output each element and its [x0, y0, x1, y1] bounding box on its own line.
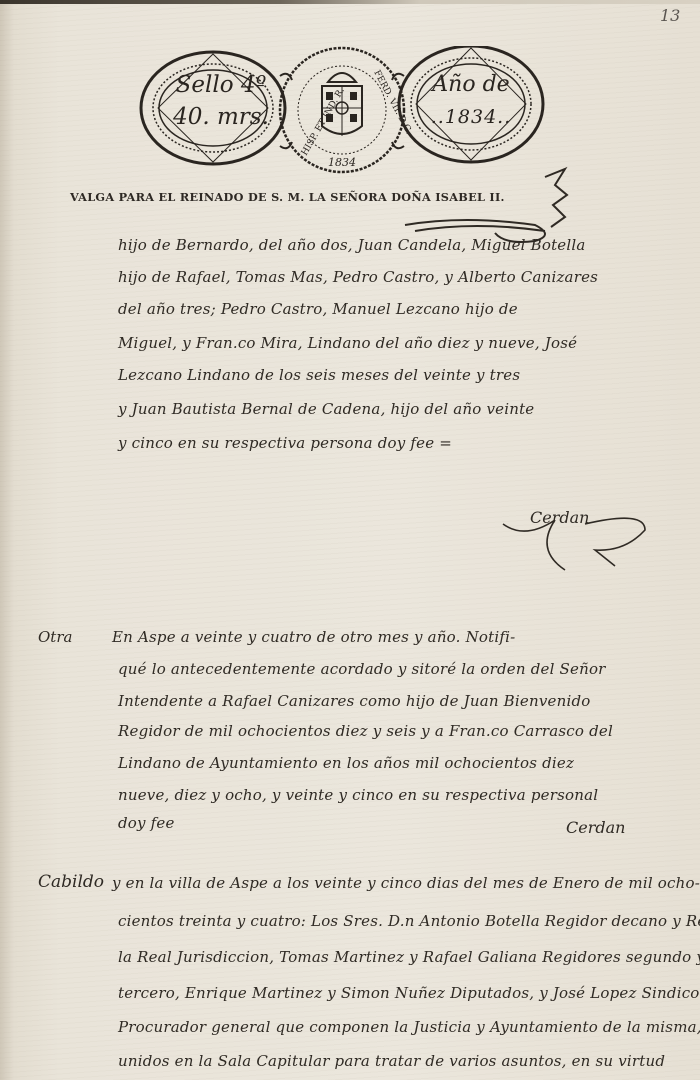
seal-left-line2: 40. mrs.: [166, 104, 276, 130]
margin-note-otra: Otra: [38, 628, 72, 646]
signature-2: Cerdan: [566, 818, 625, 837]
p2-line-7: doy fee: [118, 814, 175, 832]
p2-line-2: qué lo antecedentemente acordado y sitor…: [118, 660, 606, 678]
seal-right-line1: Año de: [416, 72, 526, 97]
p1-line-4: Miguel, y Fran.co Mira, Lindano del año …: [118, 334, 577, 352]
margin-note-cabildo: Cabildo: [38, 872, 104, 892]
svg-text:1834: 1834: [328, 156, 356, 169]
p3-line-3: la Real Jurisdiccion, Tomas Martinez y R…: [118, 948, 700, 966]
p1-line-1: hijo de Bernardo, del año dos, Juan Cand…: [118, 236, 586, 254]
seal-left-line1: Sello 4º: [166, 72, 276, 98]
p1-line-2: hijo de Rafael, Tomas Mas, Pedro Castro,…: [118, 268, 598, 286]
flourish-icon: [395, 165, 575, 245]
svg-text:HISP. ET IND. R.: HISP. ET IND. R.: [300, 86, 347, 157]
p1-line-7: y cinco en su respectiva persona doy fee…: [118, 434, 452, 452]
seal-right-line2: ..1834..: [416, 106, 526, 128]
p3-line-4: tercero, Enrique Martinez y Simon Nuñez …: [118, 984, 700, 1002]
p2-line-1: En Aspe a veinte y cuatro de otro mes y …: [112, 628, 515, 646]
p3-line-1: y en la villa de Aspe a los veinte y cin…: [112, 874, 700, 892]
p2-line-4: Regidor de mil ochocientos diez y seis y…: [118, 722, 613, 740]
folio-number: 13: [660, 6, 680, 25]
signature-flourish-icon: [495, 500, 655, 580]
p3-line-6: unidos en la Sala Capitular para tratar …: [118, 1052, 665, 1070]
p2-line-5: Lindano de Ayuntamiento en los años mil …: [118, 754, 574, 772]
p1-line-3: del año tres; Pedro Castro, Manuel Lezca…: [118, 300, 518, 318]
p3-line-5: Procurador general que componen la Justi…: [118, 1018, 700, 1036]
p2-line-3: Intendente a Rafael Canizares como hijo …: [118, 692, 590, 710]
manuscript-page: 13 HISP. ET IND. R. FERD. VII. D.G. 1834: [0, 0, 700, 1080]
p3-line-2: cientos treinta y cuatro: Los Sres. D.n …: [118, 912, 700, 930]
sello-stamp: HISP. ET IND. R. FERD. VII. D.G. 1834 Se…: [138, 46, 546, 176]
p1-line-6: y Juan Bautista Bernal de Cadena, hijo d…: [118, 400, 534, 418]
page-top-edge: [0, 0, 700, 4]
p1-line-5: Lezcano Lindano de los seis meses del ve…: [118, 366, 520, 384]
p2-line-6: nueve, diez y ocho, y veinte y cinco en …: [118, 786, 598, 804]
